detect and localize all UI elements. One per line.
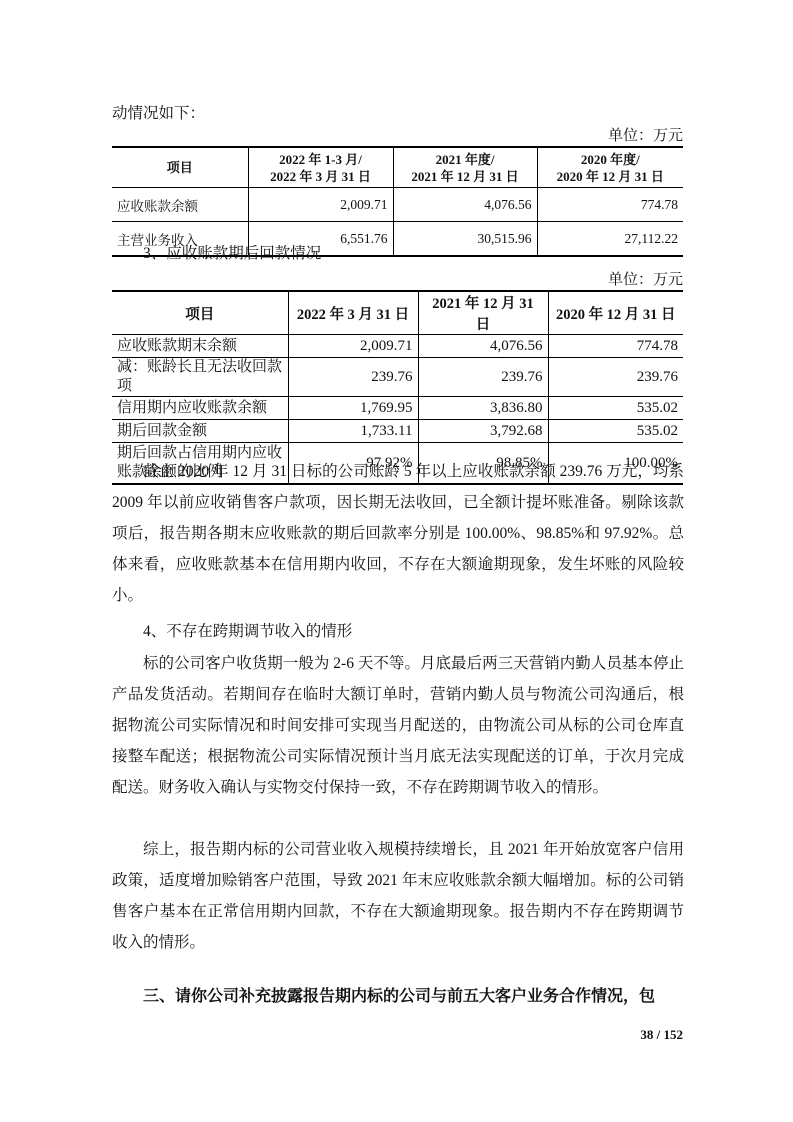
paragraph-no-cross-period: 标的公司客户收货期一般为 2-6 天不等。月底最后两三天营销内勤人员基本停止产品… bbox=[112, 648, 684, 803]
cell-value: 774.78 bbox=[537, 188, 683, 222]
cell-value: 239.76 bbox=[288, 358, 418, 397]
cell-value: 4,076.56 bbox=[418, 335, 548, 358]
row-label: 减：账龄长且无法收回款项 bbox=[112, 358, 288, 397]
table-row: 应收账款余额 2,009.71 4,076.56 774.78 bbox=[112, 188, 683, 222]
cell-value: 239.76 bbox=[418, 358, 548, 397]
paragraph-collection-analysis: 截止 2020 年 12 月 31 日标的公司账龄 5 年以上应收账款余额 23… bbox=[112, 456, 684, 611]
cell-value: 3,836.80 bbox=[418, 397, 548, 420]
cell-value: 535.02 bbox=[548, 397, 683, 420]
cell-value: 2,009.71 bbox=[288, 335, 418, 358]
cell-value: 535.02 bbox=[548, 420, 683, 443]
header-cell: 项目 bbox=[112, 291, 288, 335]
unit-label-table2: 单位：万元 bbox=[608, 268, 683, 289]
cell-value: 1,769.95 bbox=[288, 397, 418, 420]
row-label: 期后回款金额 bbox=[112, 420, 288, 443]
table-row: 信用期内应收账款余额 1,769.95 3,836.80 535.02 bbox=[112, 397, 683, 420]
section-4-title: 4、不存在跨期调节收入的情形 bbox=[112, 616, 684, 647]
table-row: 减：账龄长且无法收回款项 239.76 239.76 239.76 bbox=[112, 358, 683, 397]
paragraph-summary: 综上，报告期内标的公司营业收入规模持续增长，且 2021 年开始放宽客户信用政策… bbox=[112, 834, 684, 958]
row-label: 应收账款期末余额 bbox=[112, 335, 288, 358]
header-cell: 2022 年 3 月 31 日 bbox=[288, 291, 418, 335]
header-cell: 2020 年 12 月 31 日 bbox=[548, 291, 683, 335]
table-header-row: 项目 2022 年 1-3 月/2022 年 3 月 31 日 2021 年度/… bbox=[112, 147, 683, 188]
header-cell: 2021 年度/2021 年 12 月 31 日 bbox=[393, 147, 537, 188]
header-cell: 2021 年 12 月 31 日 bbox=[418, 291, 548, 335]
table-row: 期后回款金额 1,733.11 3,792.68 535.02 bbox=[112, 420, 683, 443]
cell-value: 1,733.11 bbox=[288, 420, 418, 443]
table-row: 应收账款期末余额 2,009.71 4,076.56 774.78 bbox=[112, 335, 683, 358]
unit-label-table1: 单位：万元 bbox=[608, 124, 683, 145]
page-number: 38 / 152 bbox=[640, 1027, 683, 1043]
section-3-title: 3、应收账款期后回款情况 bbox=[112, 238, 684, 269]
row-label: 应收账款余额 bbox=[112, 188, 248, 222]
header-cell: 2022 年 1-3 月/2022 年 3 月 31 日 bbox=[248, 147, 393, 188]
intro-line: 动情况如下： bbox=[112, 98, 684, 129]
cell-value: 774.78 bbox=[548, 335, 683, 358]
cell-value: 3,792.68 bbox=[418, 420, 548, 443]
cell-value: 239.76 bbox=[548, 358, 683, 397]
cell-value: 2,009.71 bbox=[248, 188, 393, 222]
cell-value: 4,076.56 bbox=[393, 188, 537, 222]
heading-three: 三、请你公司补充披露报告期内标的公司与前五大客户业务合作情况，包 bbox=[112, 980, 684, 1011]
header-cell: 2020 年度/2020 年 12 月 31 日 bbox=[537, 147, 683, 188]
header-cell: 项目 bbox=[112, 147, 248, 188]
table-header-row: 项目 2022 年 3 月 31 日 2021 年 12 月 31 日 2020… bbox=[112, 291, 683, 335]
row-label: 信用期内应收账款余额 bbox=[112, 397, 288, 420]
